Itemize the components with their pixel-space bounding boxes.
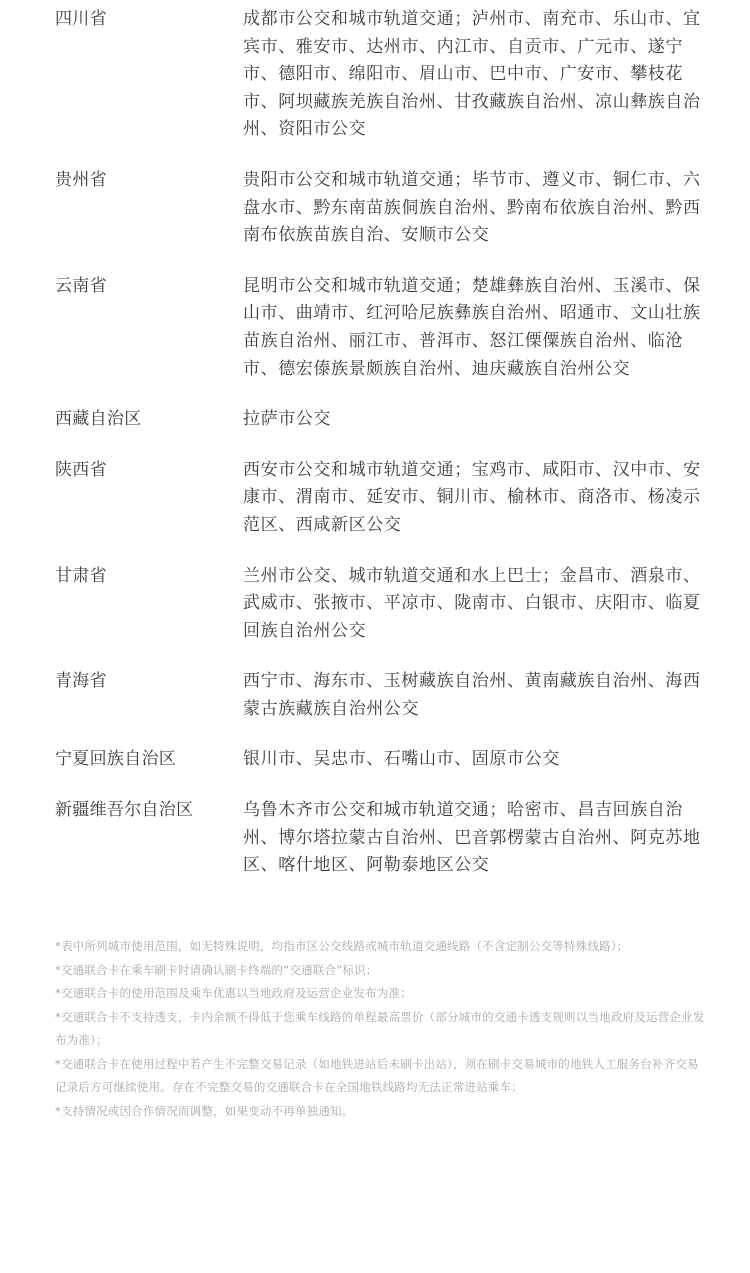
province-name: 云南省 bbox=[0, 273, 243, 383]
city-list: 乌鲁木齐市公交和城市轨道交通；哈密市、昌吉回族自治州、博尔塔拉蒙古自治州、巴音郭… bbox=[243, 797, 713, 880]
province-name: 青海省 bbox=[0, 668, 243, 723]
province-name: 四川省 bbox=[0, 6, 243, 144]
footnote: *交通联合卡的使用范围及乘车优惠以当地政府及运营企业发布为准； bbox=[55, 982, 705, 1006]
table-row: 宁夏回族自治区 银川市、吴忠市、石嘴山市、固原市公交 bbox=[0, 746, 750, 774]
province-name: 陕西省 bbox=[0, 457, 243, 540]
footnote: *交通联合卡在乘车刷卡时请确认刷卡终端的“交通联合”标识； bbox=[55, 959, 705, 983]
province-name: 甘肃省 bbox=[0, 563, 243, 646]
footnote: *支持情况或因合作情况而调整，如果变动不再单独通知。 bbox=[55, 1100, 705, 1124]
footnotes: *表中所列城市使用范围，如无特殊说明，均指市区公交线路或城市轨道交通线路（不含定… bbox=[55, 935, 705, 1123]
table-row: 甘肃省 兰州市公交、城市轨道交通和水上巴士；金昌市、酒泉市、武威市、张掖市、平凉… bbox=[0, 563, 750, 646]
table-row: 陕西省 西安市公交和城市轨道交通；宝鸡市、咸阳市、汉中市、安康市、渭南市、延安市… bbox=[0, 457, 750, 540]
city-list: 昆明市公交和城市轨道交通；楚雄彝族自治州、玉溪市、保山市、曲靖市、红河哈尼族彝族… bbox=[243, 273, 713, 383]
footnote: *表中所列城市使用范围，如无特殊说明，均指市区公交线路或城市轨道交通线路（不含定… bbox=[55, 935, 705, 959]
coverage-table: 四川省 成都市公交和城市轨道交通；泸州市、南充市、乐山市、宜宾市、雅安市、达州市… bbox=[0, 6, 750, 903]
footnote: *交通联合卡在使用过程中若产生不完整交易记录（如地铁进站后未刷卡出站），须在刷卡… bbox=[55, 1053, 705, 1100]
table-row: 云南省 昆明市公交和城市轨道交通；楚雄彝族自治州、玉溪市、保山市、曲靖市、红河哈… bbox=[0, 273, 750, 383]
province-name: 新疆维吾尔自治区 bbox=[0, 797, 243, 880]
city-list: 成都市公交和城市轨道交通；泸州市、南充市、乐山市、宜宾市、雅安市、达州市、内江市… bbox=[243, 6, 713, 144]
table-row: 贵州省 贵阳市公交和城市轨道交通；毕节市、遵义市、铜仁市、六盘水市、黔东南苗族侗… bbox=[0, 167, 750, 250]
table-row: 青海省 西宁市、海东市、玉树藏族自治州、黄南藏族自治州、海西蒙古族藏族自治州公交 bbox=[0, 668, 750, 723]
province-name: 贵州省 bbox=[0, 167, 243, 250]
province-name: 宁夏回族自治区 bbox=[0, 746, 243, 774]
footnote: *交通联合卡不支持透支，卡内余额不得低于您乘车线路的单程最高票价（部分城市的交通… bbox=[55, 1006, 705, 1053]
city-list: 贵阳市公交和城市轨道交通；毕节市、遵义市、铜仁市、六盘水市、黔东南苗族侗族自治州… bbox=[243, 167, 713, 250]
table-row: 西藏自治区 拉萨市公交 bbox=[0, 406, 750, 434]
city-list: 银川市、吴忠市、石嘴山市、固原市公交 bbox=[243, 746, 713, 774]
province-name: 西藏自治区 bbox=[0, 406, 243, 434]
city-list: 拉萨市公交 bbox=[243, 406, 713, 434]
city-list: 兰州市公交、城市轨道交通和水上巴士；金昌市、酒泉市、武威市、张掖市、平凉市、陇南… bbox=[243, 563, 713, 646]
city-list: 西安市公交和城市轨道交通；宝鸡市、咸阳市、汉中市、安康市、渭南市、延安市、铜川市… bbox=[243, 457, 713, 540]
table-row: 新疆维吾尔自治区 乌鲁木齐市公交和城市轨道交通；哈密市、昌吉回族自治州、博尔塔拉… bbox=[0, 797, 750, 880]
table-row: 四川省 成都市公交和城市轨道交通；泸州市、南充市、乐山市、宜宾市、雅安市、达州市… bbox=[0, 6, 750, 144]
city-list: 西宁市、海东市、玉树藏族自治州、黄南藏族自治州、海西蒙古族藏族自治州公交 bbox=[243, 668, 713, 723]
